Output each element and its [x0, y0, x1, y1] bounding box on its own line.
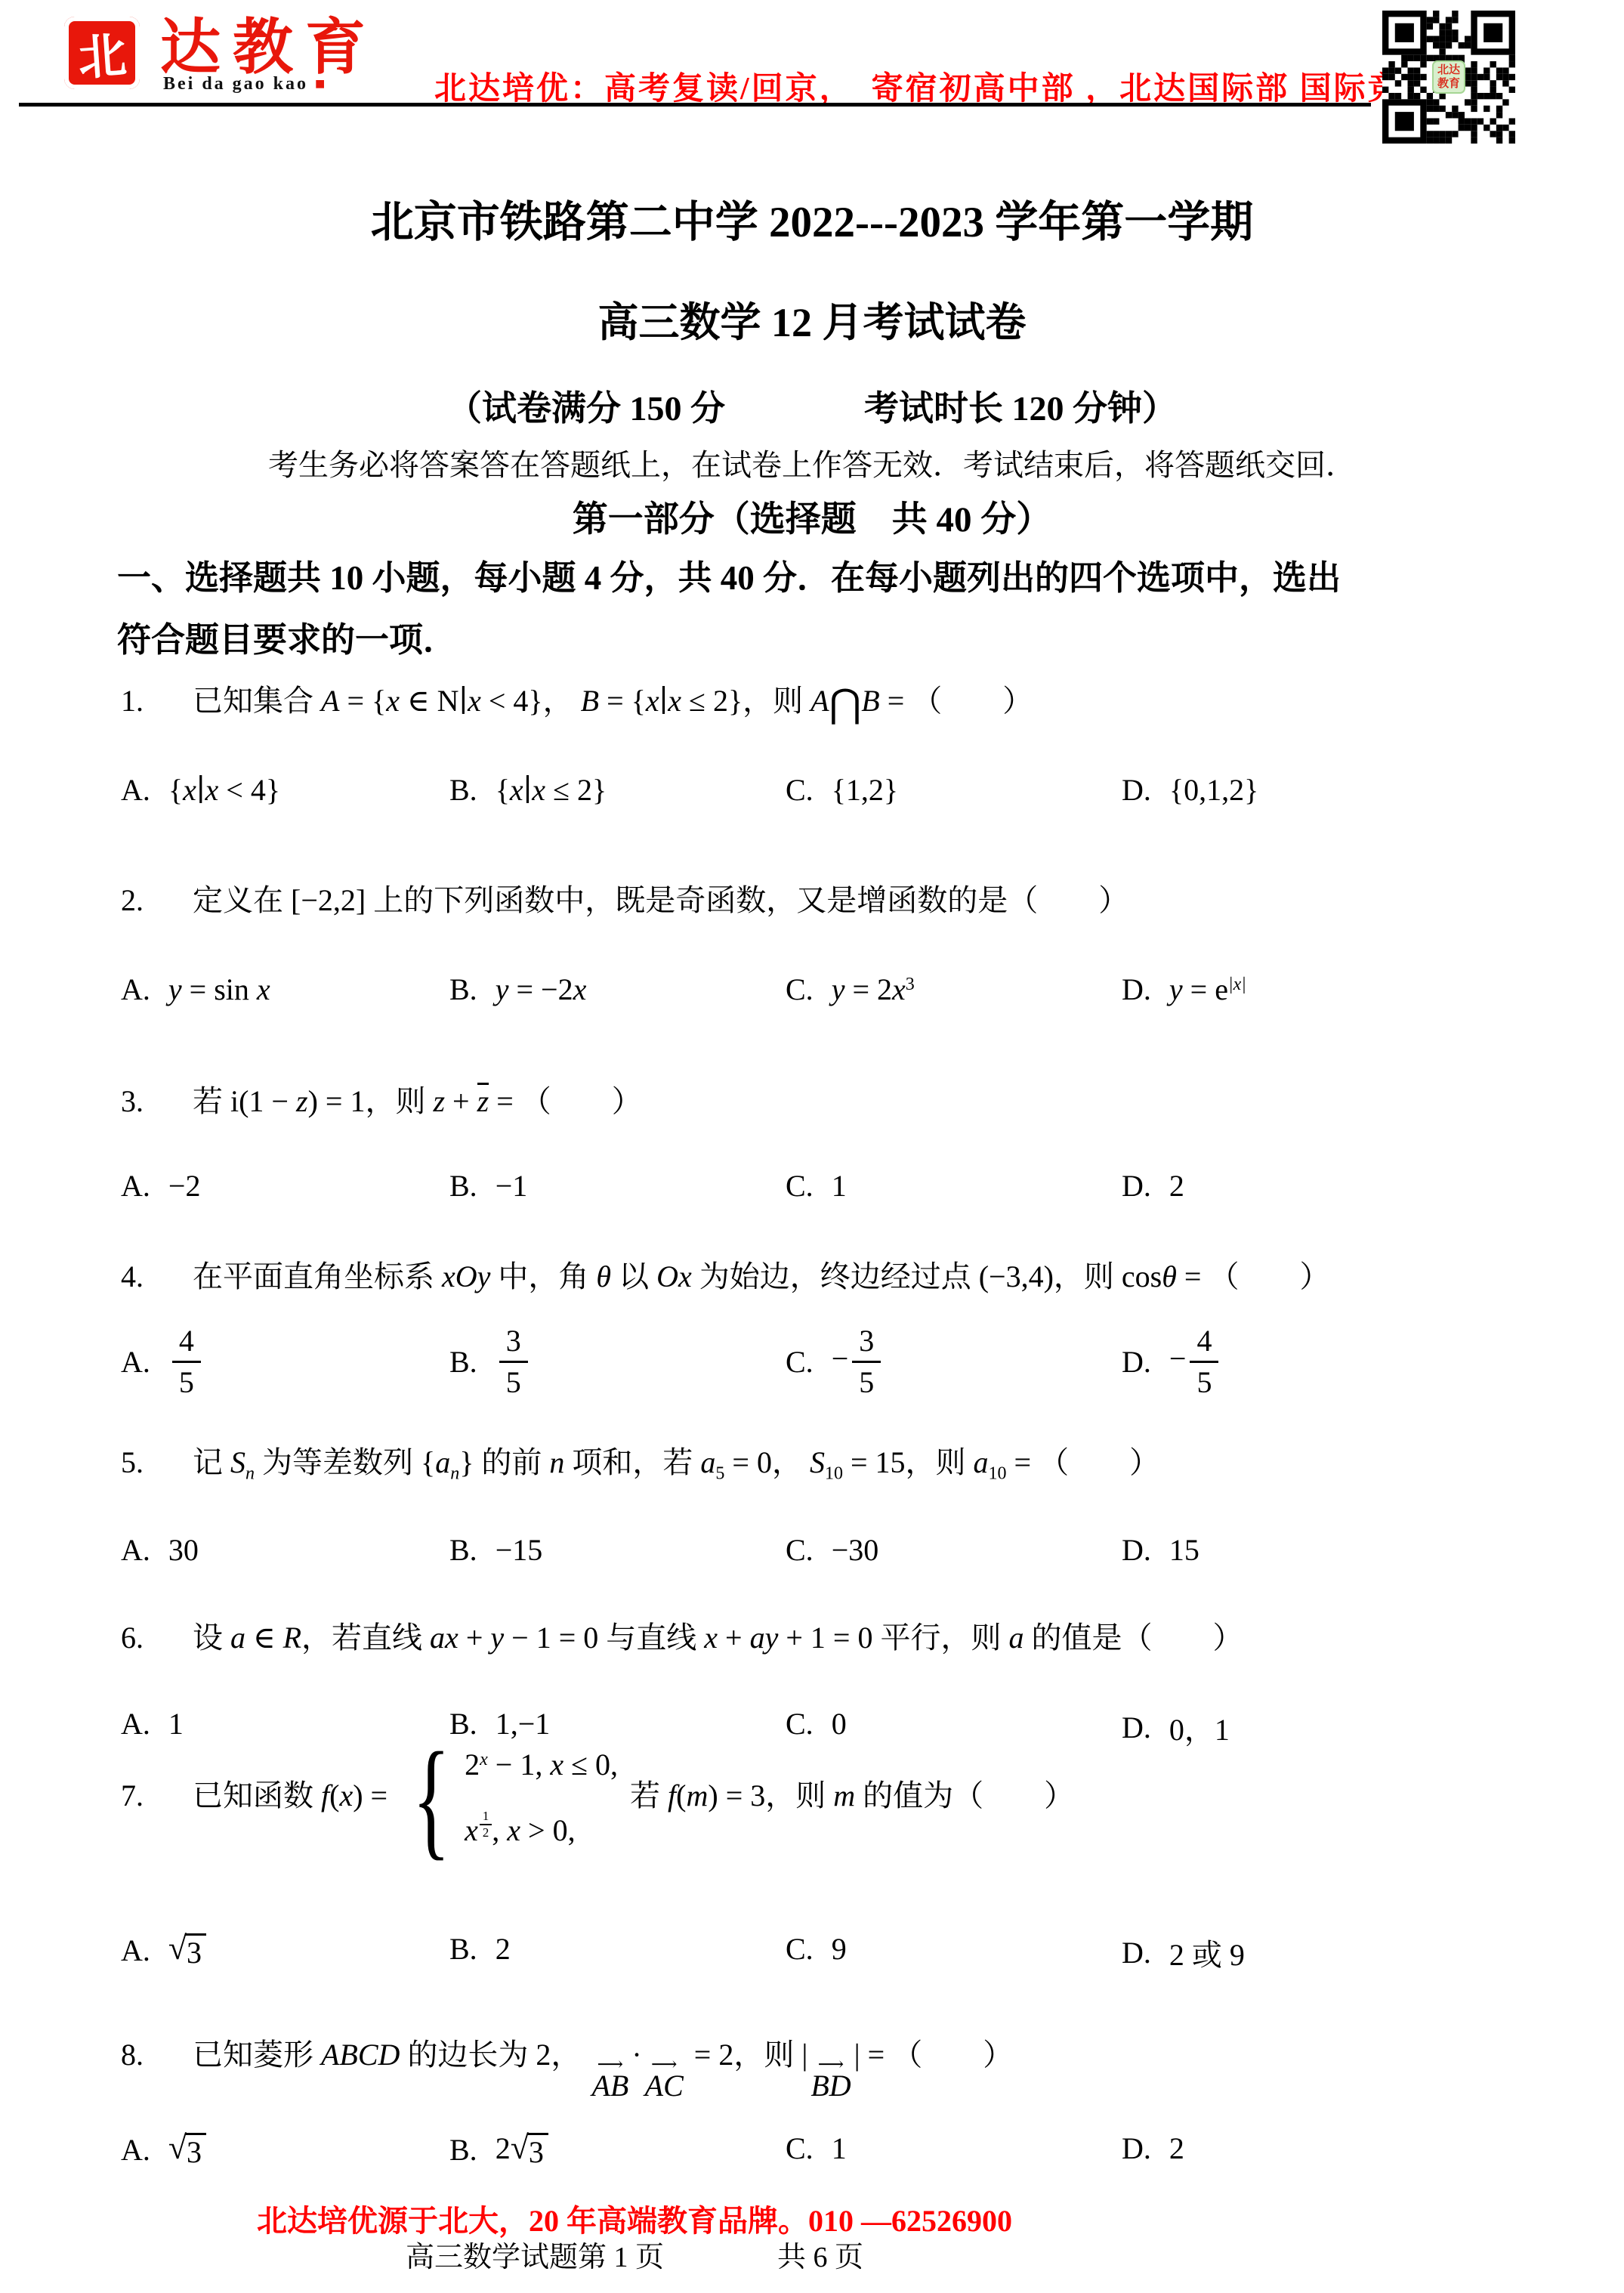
option-content: −35 — [832, 1324, 885, 1400]
exam-title-line1: 北京市铁路第二中学 2022---2023 学年第一学期 — [0, 187, 1624, 249]
option-label: A. — [121, 1706, 150, 1741]
option-content: −2 — [168, 1168, 201, 1204]
option-B: B.2 — [449, 1931, 511, 1967]
option-label: B. — [449, 2132, 477, 2168]
option-label: B. — [449, 772, 477, 808]
option-label: D. — [1122, 772, 1151, 808]
option-content: y = sin x — [168, 972, 270, 1007]
question-stem: 在平面直角坐标系 xOy 中，角 θ 以 Ox 为始边，终边经过点 (−3,4)… — [193, 1259, 1329, 1293]
option-label: B. — [449, 1168, 477, 1204]
header-divider — [19, 103, 1371, 107]
option-content: {0,1,2} — [1169, 772, 1258, 808]
option-label: C. — [786, 1168, 814, 1204]
option-A: A.y = sin x — [121, 972, 270, 1007]
option-A: A.−2 — [121, 1168, 200, 1204]
option-label: D. — [1122, 1532, 1151, 1568]
option-label: A. — [121, 1168, 150, 1204]
option-C: C.y = 2x3 — [786, 972, 915, 1007]
instruction-line2: 符合题目要求的一项． — [117, 612, 457, 661]
option-label: B. — [449, 1706, 477, 1741]
option-content: √3 — [168, 2131, 206, 2168]
option-A: A.{x∣x < 4} — [121, 772, 280, 808]
option-content: −30 — [832, 1532, 879, 1568]
option-content: 9 — [832, 1931, 847, 1967]
option-label: C. — [786, 972, 814, 1007]
option-label: C. — [786, 1931, 814, 1967]
option-content: 0 — [832, 1706, 847, 1741]
option-content: 15 — [1169, 1532, 1199, 1568]
section-heading: 第一部分（选择题 共 40 分） — [0, 491, 1624, 542]
option-C: C.1 — [786, 2131, 847, 2166]
option-B: B.1,−1 — [449, 1706, 550, 1741]
option-content: 2 — [1169, 1168, 1184, 1204]
option-label: A. — [121, 2132, 150, 2168]
option-D: D.2 — [1122, 1168, 1184, 1204]
question-stem: 记 Sn 为等差数列 {an} 的前 n 项和，若 a5 = 0， S10 = … — [193, 1445, 1159, 1479]
option-content: {1,2} — [832, 772, 898, 808]
option-label: D. — [1122, 2131, 1151, 2166]
option-label: D. — [1122, 972, 1151, 1007]
option-D: D.0，1 — [1122, 1706, 1230, 1749]
option-label: B. — [449, 1344, 477, 1380]
option-label: D. — [1122, 1168, 1151, 1204]
option-content: 2 或 9 — [1169, 1931, 1245, 1974]
footer-page-info: 高三数学试题第 1 页共 6 页 — [0, 2233, 1269, 2275]
option-content: {x∣x < 4} — [168, 772, 280, 808]
option-content: 1 — [168, 1706, 184, 1741]
option-content: −15 — [496, 1532, 543, 1568]
question-item-1: 1.已知集合 A = {x ∈ N∣x < 4}， B = {x∣x ≤ 2}，… — [121, 677, 1033, 726]
option-content: 2 — [496, 1931, 511, 1967]
option-label: A. — [121, 1933, 150, 1968]
option-A: A.45 — [121, 1324, 205, 1400]
option-D: D.{0,1,2} — [1122, 772, 1258, 808]
option-A: A.30 — [121, 1532, 199, 1568]
option-label: A. — [121, 972, 150, 1007]
option-C: C.{1,2} — [786, 772, 898, 808]
question-item-2: 2.定义在 [−2,2] 上的下列函数中，既是奇函数，又是增函数的是（ ） — [121, 876, 1128, 919]
footer-page-number: 高三数学试题第 1 页 — [406, 2242, 664, 2273]
option-content: y = e|x| — [1169, 972, 1246, 1007]
option-B: B.35 — [449, 1324, 532, 1400]
option-content: 0，1 — [1169, 1706, 1230, 1749]
option-C: C.0 — [786, 1706, 847, 1741]
option-label: C. — [786, 1706, 814, 1741]
option-D: D.−45 — [1122, 1324, 1222, 1400]
logo-square-icon: ■ — [315, 74, 327, 93]
question-number: 2. — [121, 882, 193, 918]
logo-brand: 达教育 — [160, 18, 378, 79]
option-label: B. — [449, 1931, 477, 1967]
option-content: 45 — [168, 1324, 205, 1400]
option-label: A. — [121, 1532, 150, 1568]
question-number: 5. — [121, 1445, 193, 1480]
question-item-3: 3.若 i(1 − z) = 1，则 z + z = （ ） — [121, 1077, 642, 1120]
option-content: y = −2x — [496, 972, 587, 1007]
option-content: 2√3 — [496, 2131, 548, 2168]
qr-center-badge: 北达 教育 — [1432, 60, 1465, 94]
header-tagline: 北达培优：高考复读/回京， 寄宿初高中部 ，北达国际部 国际竞赛部 — [434, 63, 1470, 109]
option-D: D.y = e|x| — [1122, 972, 1246, 1007]
question-number: 6. — [121, 1620, 193, 1655]
question-stem: 定义在 [−2,2] 上的下列函数中，既是奇函数，又是增函数的是（ ） — [193, 883, 1128, 917]
option-A: A.√3 — [121, 1931, 206, 1969]
option-content: 2 — [1169, 2131, 1184, 2166]
question-number: 8. — [121, 2037, 193, 2072]
option-label: B. — [449, 972, 477, 1007]
option-C: C.9 — [786, 1931, 847, 1967]
option-label: C. — [786, 1344, 814, 1380]
option-B: B.{x∣x ≤ 2} — [449, 772, 607, 808]
question-item-8: 8.已知菱形 ABCD 的边长为 2， ⟶AB·⟶AC = 2，则 |⟶BD| … — [121, 2031, 1013, 2101]
option-label: A. — [121, 1344, 150, 1380]
option-B: B.−1 — [449, 1168, 527, 1204]
question-number: 1. — [121, 683, 193, 718]
question-number: 7. — [121, 1778, 193, 1813]
option-D: D.15 — [1122, 1532, 1199, 1568]
option-content: 1 — [832, 1168, 847, 1204]
option-B: B.y = −2x — [449, 972, 586, 1007]
option-A: A.1 — [121, 1706, 184, 1741]
question-item-6: 6.设 a ∈ R，若直线 ax + y − 1 = 0 与直线 x + ay … — [121, 1614, 1243, 1657]
question-item-4: 4.在平面直角坐标系 xOy 中，角 θ 以 Ox 为始边，终边经过点 (−3,… — [121, 1253, 1329, 1296]
question-item-5: 5.记 Sn 为等差数列 {an} 的前 n 项和，若 a5 = 0， S10 … — [121, 1439, 1159, 1484]
question-stem: 若 i(1 − z) = 1，则 z + z = （ ） — [193, 1084, 642, 1118]
option-label: C. — [786, 1532, 814, 1568]
question-stem: 已知菱形 ABCD 的边长为 2， ⟶AB·⟶AC = 2，则 |⟶BD| = … — [193, 2038, 1013, 2072]
logo-seal-icon: 北 — [64, 17, 140, 89]
option-content: −1 — [496, 1168, 528, 1204]
option-label: B. — [449, 1532, 477, 1568]
option-B: B.2√3 — [449, 2131, 548, 2168]
option-C: C.1 — [786, 1168, 847, 1204]
option-A: A.√3 — [121, 2131, 206, 2168]
option-content: −45 — [1169, 1324, 1223, 1400]
question-number: 3. — [121, 1083, 193, 1119]
question-stem: 设 a ∈ R，若直线 ax + y − 1 = 0 与直线 x + ay + … — [193, 1621, 1243, 1655]
option-C: C.−30 — [786, 1532, 878, 1568]
option-content: 1,−1 — [496, 1706, 551, 1741]
option-content: {x∣x ≤ 2} — [496, 772, 607, 808]
exam-notice: 考生务必将答案答在答题纸上，在试卷上作答无效．考试结束后，将答题纸交回． — [0, 441, 1624, 484]
option-content: √3 — [168, 1931, 206, 1969]
option-C: C.−35 — [786, 1324, 885, 1400]
option-B: B.−15 — [449, 1532, 542, 1568]
question-item-7: 7.已知函数 f(x) = {2x − 1, x ≤ 0,x12, x > 0,… — [121, 1747, 1074, 1850]
option-content: 1 — [832, 2131, 847, 2166]
option-D: D.2 或 9 — [1122, 1931, 1245, 1974]
option-label: D. — [1122, 1710, 1151, 1745]
option-content: 30 — [168, 1532, 199, 1568]
footer-total-pages: 共 6 页 — [777, 2242, 863, 2273]
option-label: C. — [786, 772, 814, 808]
option-label: D. — [1122, 1935, 1151, 1970]
option-label: C. — [786, 2131, 814, 2166]
question-stem: 已知函数 f(x) = {2x − 1, x ≤ 0,x12, x > 0, 若… — [193, 1778, 1074, 1812]
logo-seal-char: 北 — [76, 17, 128, 89]
exam-title-line2: 高三数学 12 月考试试卷 — [0, 290, 1624, 348]
logo-latin: Bei da gao kao ■ — [163, 74, 327, 94]
option-label: A. — [121, 772, 150, 808]
instruction-line1: 一、选择题共 10 小题，每小题 4 分，共 40 分．在每小题列出的四个选项中… — [117, 550, 1341, 599]
question-number: 4. — [121, 1259, 193, 1294]
qr-code: 北达 教育 — [1382, 11, 1515, 144]
option-content: 35 — [496, 1324, 532, 1400]
option-content: y = 2x3 — [832, 972, 915, 1007]
exam-page: 北 达教育 Bei da gao kao ■ 北达培优：高考复读/回京， 寄宿初… — [0, 0, 1624, 2293]
option-D: D.2 — [1122, 2131, 1184, 2166]
option-label: D. — [1122, 1344, 1151, 1380]
question-stem: 已知集合 A = {x ∈ N∣x < 4}， B = {x∣x ≤ 2}，则 … — [193, 684, 1033, 718]
exam-info: （试卷满分 150 分 考试时长 120 分钟） — [0, 381, 1624, 431]
